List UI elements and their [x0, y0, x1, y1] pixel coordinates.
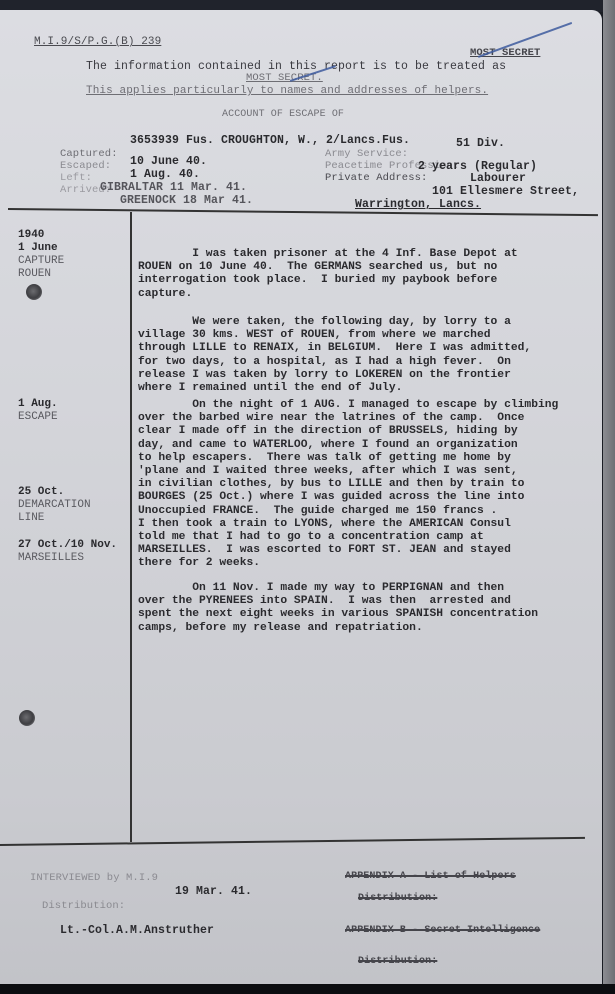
- document-page: M.I.9/S/P.G.(B) 239 MOST SECRET The info…: [0, 10, 602, 985]
- margin-note-line: ROUEN: [18, 268, 51, 280]
- label-private-address: Private Address:: [325, 172, 427, 185]
- text-line: to help escapers. There was talk of gett…: [138, 452, 511, 464]
- soldier-identity: 3653939 Fus. CROUGHTON, W., 2/Lancs.Fus.: [130, 134, 410, 147]
- text-line: ROUEN on 10 June 40. The GERMANS searche…: [138, 261, 497, 273]
- text-line: over the barbed wire near the latrines o…: [138, 412, 524, 424]
- interview-date: 19 Mar. 41.: [175, 885, 252, 898]
- text-line: village 30 kms. WEST of ROUEN, from wher…: [138, 329, 491, 341]
- paragraph-spain: On 11 Nov. I made my way to PERPIGNAN an…: [138, 582, 588, 635]
- text-line: for two days, to a hospital, as I had a …: [138, 356, 511, 368]
- text-line: 'plane and I waited three weeks, after w…: [138, 465, 518, 477]
- margin-note-demarcation: 25 Oct. DEMARCATION LINE: [18, 486, 91, 525]
- division: 51 Div.: [456, 137, 505, 150]
- paragraph-escape: On the night of 1 AUG. I managed to esca…: [138, 399, 588, 571]
- margin-note-line: 27 Oct./10 Nov.: [18, 539, 117, 551]
- paragraph-capture: I was taken prisoner at the 4 Inf. Base …: [138, 248, 588, 301]
- margin-note-line: 1 June: [18, 242, 58, 254]
- text-line: through LILLE to RENAIX, in BELGIUM. Her…: [138, 342, 531, 354]
- captured-date: 10 June 40.: [130, 155, 207, 168]
- punch-hole-bottom: [19, 710, 35, 726]
- distribution-recipient: Lt.-Col.A.M.Anstruther: [60, 924, 214, 937]
- text-line: over the PYRENEES into SPAIN. I was then…: [138, 595, 511, 607]
- margin-note-line: 25 Oct.: [18, 486, 64, 498]
- appendix-b-distribution: Distribution:: [358, 955, 437, 968]
- text-line: capture.: [138, 288, 192, 300]
- escaped-date: 1 Aug. 40.: [130, 168, 200, 181]
- margin-note-line: 1 Aug.: [18, 398, 58, 410]
- appendix-b-heading: APPENDIX B - Secret Intelligence: [345, 924, 540, 937]
- text-line: On 11 Nov. I made my way to PERPIGNAN an…: [138, 582, 504, 594]
- text-line: I was taken prisoner at the 4 Inf. Base …: [138, 248, 518, 260]
- address-line-2: Warrington, Lancs.: [355, 198, 481, 211]
- margin-column-line: [130, 212, 132, 842]
- text-line: We were taken, the following day, by lor…: [138, 316, 511, 328]
- text-line: Unoccupied FRANCE. The guide charged me …: [138, 505, 497, 517]
- text-line: BOURGES (25 Oct.) where I was guided acr…: [138, 491, 524, 503]
- backdrop-right-edge: [603, 0, 615, 994]
- margin-note-line: MARSEILLES: [18, 552, 84, 564]
- reference-number: M.I.9/S/P.G.(B) 239: [34, 36, 161, 49]
- punch-hole-top: [26, 284, 42, 300]
- distribution-label: Distribution:: [42, 900, 125, 913]
- text-line: On the night of 1 AUG. I managed to esca…: [138, 399, 558, 411]
- footer-divider-line: [0, 837, 585, 846]
- margin-note-line: ESCAPE: [18, 411, 58, 423]
- text-line: in civilian clothes, by bus to LILLE and…: [138, 478, 524, 490]
- backdrop-bottom: [0, 984, 615, 994]
- margin-note-capture: 1940 1 June CAPTURE ROUEN: [18, 229, 64, 281]
- arrived-greenock: GREENOCK 18 Mar 41.: [120, 194, 253, 207]
- text-line: day, and came to WATERLOO, where I found…: [138, 439, 518, 451]
- margin-note-line: DEMARCATION: [18, 499, 91, 511]
- notice-line-3: This applies particularly to names and a…: [86, 85, 488, 98]
- appendix-a-distribution: Distribution:: [358, 892, 437, 905]
- address-line-1: 101 Ellesmere Street,: [432, 185, 579, 198]
- header-divider-line: [8, 208, 598, 216]
- classification-stamp: MOST SECRET: [470, 47, 540, 60]
- document-title: ACCOUNT OF ESCAPE OF: [222, 108, 344, 121]
- margin-note-line: LINE: [18, 512, 44, 524]
- appendix-a-heading: APPENDIX A - List of Helpers: [345, 870, 516, 883]
- margin-note-marseilles: 27 Oct./10 Nov. MARSEILLES: [18, 539, 117, 565]
- margin-note-escape: 1 Aug. ESCAPE: [18, 398, 58, 424]
- text-line: told me that I had to go to a concentrat…: [138, 531, 484, 543]
- arrived-gibraltar: GIBRALTAR 11 Mar. 41.: [100, 181, 247, 194]
- text-line: where I remained until the end of July.: [138, 382, 402, 394]
- text-line: clear I made off in the direction of BRU…: [138, 425, 518, 437]
- text-line: MARSEILLES. I was escorted to FORT ST. J…: [138, 544, 511, 556]
- text-line: I then took a train to LYONS, where the …: [138, 518, 511, 530]
- margin-note-line: 1940: [18, 229, 44, 241]
- interviewed-by: INTERVIEWED by M.I.9: [30, 872, 158, 885]
- paragraph-transfer: We were taken, the following day, by lor…: [138, 316, 588, 395]
- text-line: release I was taken by lorry to LOKEREN …: [138, 369, 511, 381]
- text-line: there for 2 weeks.: [138, 557, 260, 569]
- text-line: camps, before my release and repatriatio…: [138, 622, 423, 634]
- text-line: spent the next eight weeks in various SP…: [138, 608, 538, 620]
- text-line: interrogation took place. I buried my pa…: [138, 274, 497, 286]
- profession-value: Labourer: [470, 172, 526, 185]
- margin-note-line: CAPTURE: [18, 255, 64, 267]
